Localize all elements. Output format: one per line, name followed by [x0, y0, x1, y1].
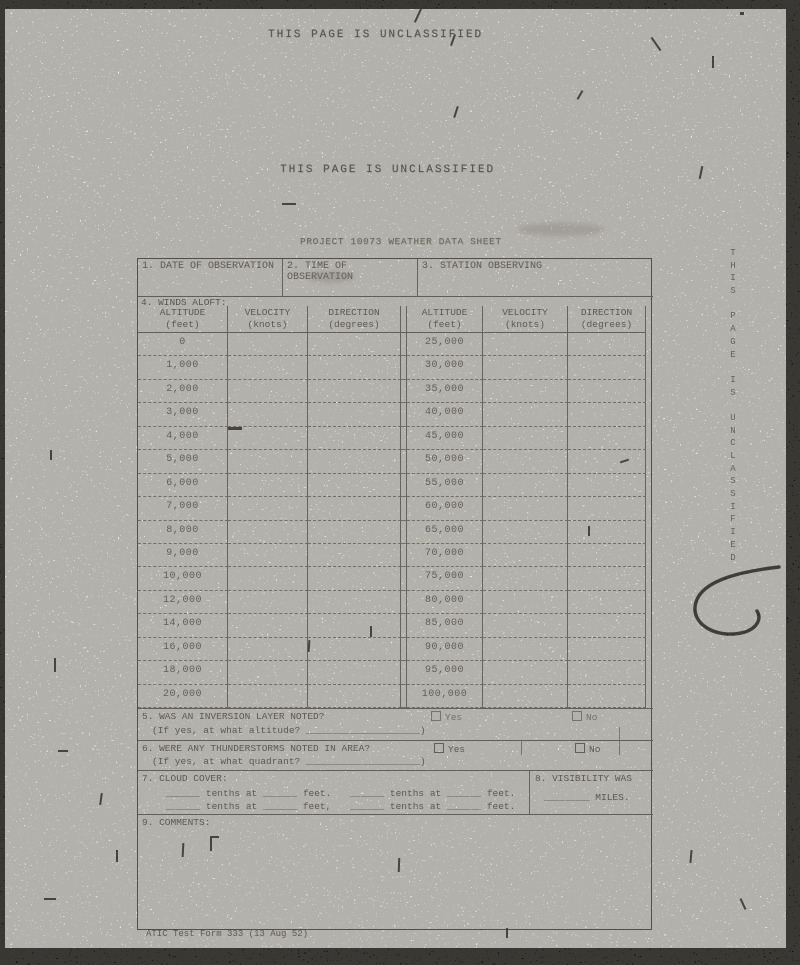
- scan-mark: [712, 56, 714, 68]
- direction-cell: [308, 333, 401, 356]
- altitude-cell: 16,000: [138, 638, 228, 661]
- altitude-cell: 6,000: [138, 474, 228, 497]
- velocity-cell: [228, 450, 308, 473]
- altitude-cell: 20,000: [138, 685, 228, 708]
- altitude-cell: 1,000: [138, 356, 228, 379]
- altitude-cell: 50,000: [407, 450, 483, 473]
- yes-label: Yes: [445, 712, 462, 723]
- scan-mark: [116, 850, 118, 862]
- scan-mark: [370, 626, 372, 637]
- column-header-velocity-right: VELOCITY(knots): [483, 306, 568, 333]
- direction-cell: [308, 638, 401, 661]
- velocity-cell: [483, 685, 568, 708]
- velocity-cell: [483, 333, 568, 356]
- pen-mark: [683, 553, 788, 651]
- velocity-cell: [483, 567, 568, 590]
- scanned-form-page: THIS PAGE IS UNCLASSIFIED THIS PAGE IS U…: [0, 0, 800, 965]
- direction-cell: [308, 614, 401, 637]
- altitude-cell: 2,000: [138, 380, 228, 403]
- altitude-cell: 75,000: [407, 567, 483, 590]
- velocity-cell: [483, 450, 568, 473]
- thunderstorm-followup: (If yes, at what quadrant? _____________…: [152, 756, 426, 767]
- altitude-cell: 65,000: [407, 521, 483, 544]
- direction-cell: [308, 544, 401, 567]
- altitude-cell: 30,000: [407, 356, 483, 379]
- direction-cell: [568, 380, 646, 403]
- visibility-value-line: ________ MILES.: [544, 792, 630, 803]
- direction-cell: [568, 661, 646, 684]
- column-header-altitude-right: ALTITUDE(feet): [407, 306, 483, 333]
- direction-cell: [308, 497, 401, 520]
- cloud-cover-line: ______ tenths at ______ feet,: [166, 801, 331, 812]
- scan-mark: [588, 526, 590, 536]
- section-comments: 9. COMMENTS:: [138, 814, 653, 930]
- direction-cell: [308, 521, 401, 544]
- velocity-cell: [483, 614, 568, 637]
- velocity-cell: [483, 497, 568, 520]
- unclassified-stamp-middle: THIS PAGE IS UNCLASSIFIED: [280, 164, 495, 176]
- altitude-cell: 55,000: [407, 474, 483, 497]
- scan-mark: [577, 90, 584, 100]
- cell-divider: [619, 727, 620, 741]
- ink-smudge: [518, 223, 604, 236]
- scan-mark: [740, 898, 747, 910]
- scan-mark: [282, 203, 296, 205]
- scan-edge-bottom: [0, 948, 800, 965]
- cloud-cover-line: ______ tenths at ______ feet.: [350, 801, 515, 812]
- direction-cell: [308, 380, 401, 403]
- velocity-cell: [483, 661, 568, 684]
- altitude-cell: 25,000: [407, 333, 483, 356]
- direction-cell: [308, 567, 401, 590]
- comments-label: 9. COMMENTS:: [142, 817, 210, 828]
- velocity-cell: [228, 685, 308, 708]
- altitude-cell: 5,000: [138, 450, 228, 473]
- direction-cell: [568, 356, 646, 379]
- velocity-cell: [228, 544, 308, 567]
- section-cloud-cover: 7. CLOUD COVER: ______ tenths at ______ …: [138, 770, 653, 814]
- direction-cell: [308, 474, 401, 497]
- no-label: No: [589, 744, 600, 755]
- altitude-cell: 40,000: [407, 403, 483, 426]
- altitude-cell: 100,000: [407, 685, 483, 708]
- no-checkbox: [575, 743, 585, 753]
- direction-cell: [568, 685, 646, 708]
- velocity-cell: [483, 380, 568, 403]
- unclassified-stamp-vertical: THIS PAGE IS UNCLASSIFIED: [728, 247, 738, 564]
- velocity-cell: [228, 521, 308, 544]
- scan-mark: [699, 166, 704, 179]
- section-thunderstorms: 6. WERE ANY THUNDERSTORMS NOTED IN AREA?…: [138, 740, 653, 770]
- scan-mark: [453, 106, 459, 118]
- altitude-cell: 12,000: [138, 591, 228, 614]
- cell-divider: [619, 741, 620, 755]
- scan-edge-right: [786, 0, 800, 965]
- scan-mark: [58, 750, 68, 752]
- column-header-velocity-left: VELOCITY(knots): [228, 306, 308, 333]
- thunderstorm-yes-option: Yes: [434, 743, 465, 755]
- scan-mark: [689, 850, 692, 863]
- scan-mark: [414, 8, 422, 22]
- cloud-cover-line: ______ tenths at ______ feet.: [350, 788, 515, 799]
- altitude-cell: 90,000: [407, 638, 483, 661]
- unclassified-stamp-top: THIS PAGE IS UNCLASSIFIED: [268, 29, 483, 41]
- scan-mark: [740, 12, 744, 15]
- altitude-cell: 35,000: [407, 380, 483, 403]
- velocity-cell: [483, 427, 568, 450]
- direction-cell: [568, 497, 646, 520]
- yes-label: Yes: [448, 744, 465, 755]
- weather-data-form: 1. DATE OF OBSERVATION 2. TIME OF OBSERV…: [137, 258, 652, 930]
- cell-divider: [521, 741, 522, 755]
- yes-checkbox: [431, 711, 441, 721]
- velocity-cell: [228, 427, 308, 450]
- winds-table: ALTITUDE(feet) VELOCITY(knots) DIRECTION…: [138, 306, 646, 708]
- velocity-cell: [483, 403, 568, 426]
- form-number-footer: ATIC Test Form 333 (13 Aug 52): [146, 929, 308, 939]
- section-inversion-layer: 5. WAS AN INVERSION LAYER NOTED? Yes No …: [138, 708, 653, 740]
- altitude-cell: 85,000: [407, 614, 483, 637]
- cloud-cover-line: ______ tenths at ______ feet.: [166, 788, 331, 799]
- velocity-cell: [228, 497, 308, 520]
- direction-cell: [568, 567, 646, 590]
- altitude-cell: 9,000: [138, 544, 228, 567]
- scan-mark: [99, 793, 103, 805]
- direction-cell: [308, 591, 401, 614]
- column-header-direction-left: DIRECTION(degrees): [308, 306, 401, 333]
- direction-cell: [568, 450, 646, 473]
- thunderstorm-no-option: No: [575, 743, 600, 755]
- inversion-no-option: No: [572, 711, 597, 723]
- velocity-cell: [228, 333, 308, 356]
- direction-cell: [308, 403, 401, 426]
- altitude-cell: 80,000: [407, 591, 483, 614]
- scan-mark: [228, 427, 242, 430]
- direction-cell: [568, 614, 646, 637]
- scan-mark: [651, 37, 662, 51]
- scan-mark: [50, 450, 52, 460]
- altitude-cell: 60,000: [407, 497, 483, 520]
- altitude-cell: 7,000: [138, 497, 228, 520]
- direction-cell: [568, 427, 646, 450]
- direction-cell: [308, 685, 401, 708]
- scan-mark: [506, 928, 508, 938]
- velocity-cell: [483, 356, 568, 379]
- inversion-question: 5. WAS AN INVERSION LAYER NOTED?: [142, 711, 324, 722]
- visibility-label: 8. VISIBILITY WAS: [535, 773, 632, 784]
- altitude-cell: 70,000: [407, 544, 483, 567]
- velocity-cell: [228, 591, 308, 614]
- velocity-cell: [483, 521, 568, 544]
- direction-cell: [568, 544, 646, 567]
- altitude-cell: 0: [138, 333, 228, 356]
- no-checkbox: [572, 711, 582, 721]
- direction-cell: [308, 661, 401, 684]
- scan-edge-top: [0, 0, 800, 9]
- direction-cell: [568, 521, 646, 544]
- direction-cell: [568, 403, 646, 426]
- field-date-of-observation: 1. DATE OF OBSERVATION: [138, 259, 283, 296]
- direction-cell: [568, 474, 646, 497]
- velocity-cell: [483, 591, 568, 614]
- direction-cell: [308, 427, 401, 450]
- visibility-cell-divider: [529, 771, 530, 814]
- form-title: PROJECT 10073 WEATHER DATA SHEET: [300, 236, 502, 247]
- direction-cell: [568, 333, 646, 356]
- inversion-yes-option: Yes: [431, 711, 462, 723]
- altitude-cell: 4,000: [138, 427, 228, 450]
- altitude-cell: 95,000: [407, 661, 483, 684]
- velocity-cell: [228, 474, 308, 497]
- velocity-cell: [228, 356, 308, 379]
- scan-edge-left: [0, 0, 5, 965]
- velocity-cell: [228, 403, 308, 426]
- altitude-cell: 18,000: [138, 661, 228, 684]
- direction-cell: [308, 356, 401, 379]
- field-station-observing: 3. STATION OBSERVING: [418, 259, 653, 296]
- yes-checkbox: [434, 743, 444, 753]
- scan-mark: [54, 658, 56, 672]
- velocity-cell: [228, 567, 308, 590]
- field-label: 1. DATE OF OBSERVATION: [142, 261, 274, 272]
- inversion-followup: (If yes, at what altitude? _____________…: [152, 725, 426, 736]
- scan-mark: [210, 836, 212, 851]
- scan-mark: [44, 898, 56, 900]
- thunderstorm-question: 6. WERE ANY THUNDERSTORMS NOTED IN AREA?: [142, 743, 370, 754]
- ink-smudge: [308, 271, 354, 283]
- observation-fields-row: 1. DATE OF OBSERVATION 2. TIME OF OBSERV…: [138, 259, 653, 297]
- column-header-direction-right: DIRECTION(degrees): [568, 306, 646, 333]
- velocity-cell: [483, 638, 568, 661]
- velocity-cell: [483, 544, 568, 567]
- no-label: No: [586, 712, 597, 723]
- altitude-cell: 3,000: [138, 403, 228, 426]
- velocity-cell: [483, 474, 568, 497]
- altitude-cell: 10,000: [138, 567, 228, 590]
- velocity-cell: [228, 661, 308, 684]
- direction-cell: [308, 450, 401, 473]
- velocity-cell: [228, 380, 308, 403]
- altitude-cell: 14,000: [138, 614, 228, 637]
- altitude-cell: 45,000: [407, 427, 483, 450]
- velocity-cell: [228, 638, 308, 661]
- direction-cell: [568, 591, 646, 614]
- velocity-cell: [228, 614, 308, 637]
- column-header-altitude-left: ALTITUDE(feet): [138, 306, 228, 333]
- field-label: 3. STATION OBSERVING: [422, 261, 542, 272]
- direction-cell: [568, 638, 646, 661]
- cloud-cover-label: 7. CLOUD COVER:: [142, 773, 228, 784]
- altitude-cell: 8,000: [138, 521, 228, 544]
